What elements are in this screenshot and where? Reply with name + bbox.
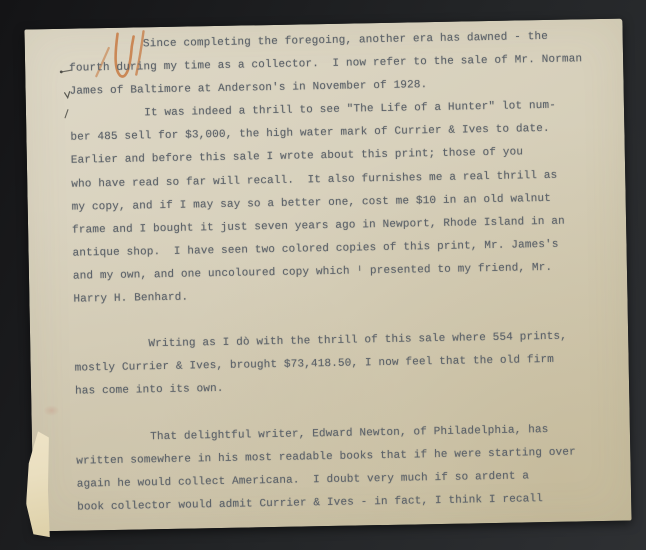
typed-text-block: Since completing the foregoing, another … [69, 25, 606, 520]
paper-stain [43, 405, 59, 416]
photo-backdrop: { "colors": { "background_dark": "#14141… [0, 0, 646, 550]
typewritten-page: Since completing the foregoing, another … [24, 19, 631, 532]
torn-edge-fragment [25, 431, 51, 537]
